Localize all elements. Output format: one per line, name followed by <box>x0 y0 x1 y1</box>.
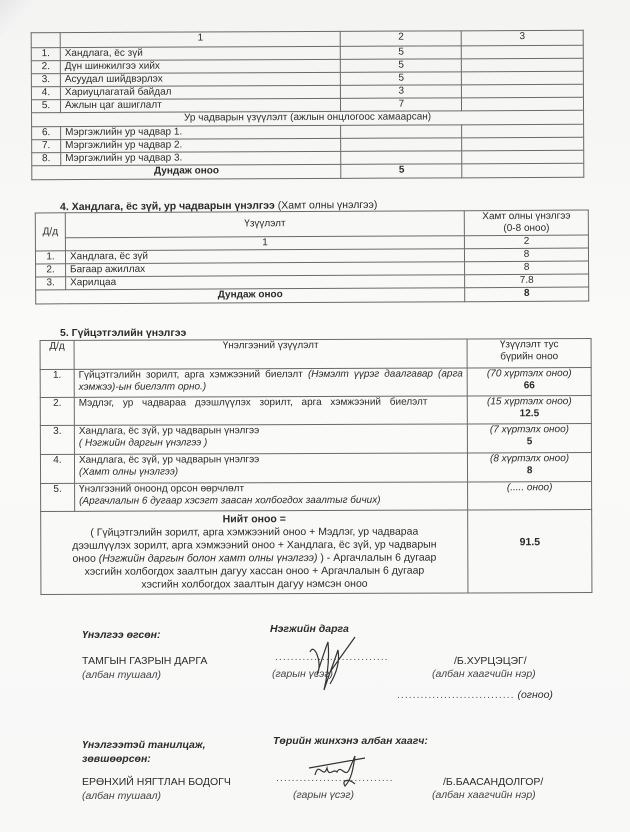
row-text: Мэдлэг, ур чадвараа дээшлүүлэх зорилт, а… <box>74 396 467 425</box>
row-label: Асуудал шийдвэрлэх <box>60 72 341 86</box>
row-max: (7 хүртэлх оноо) <box>472 424 587 436</box>
total-formula-italic: (Нэгжийн даргын болон хамт олны үнэлгээ) <box>99 552 318 565</box>
col-score-header: Үзүүлэлт тус бүрийн оноо <box>467 339 591 368</box>
average-label: Дундаж оноо <box>32 164 342 179</box>
row-score <box>341 138 462 152</box>
row-text: Хандлага, ёс зүй, ур чадварын үнэлгээ( Н… <box>74 424 467 454</box>
row-col3 <box>462 58 584 72</box>
row-num: 6. <box>32 127 61 140</box>
row-max: (15 хүртэлх оноо) <box>472 396 587 408</box>
row-max: (8 хүртэлх оноо) <box>472 453 587 465</box>
total-formula-cell: Нийт оноо = ( Гүйцэтгэлийн зорилт, арга … <box>41 510 468 594</box>
table-row: 3. Хандлага, ёс зүй, ур чадварын үнэлгээ… <box>40 424 591 455</box>
col-score-header: Хамт олны үнэлгээ (0-8 оноо) <box>464 210 588 236</box>
row-text: Гүйцэтгэлийн зорилт, арга хэмжээний биел… <box>74 368 467 397</box>
employee-heading-line1: Үнэлгээтэй танилцаж, <box>82 739 206 751</box>
header-cell: 2 <box>341 31 462 47</box>
row-score-cell: (15 хүртэлх оноо)12.5 <box>467 396 591 424</box>
evaluator-date-field: .............................. (огноо) <box>397 689 553 701</box>
row-label: Мэргэжлийн ур чадвар 2. <box>61 138 342 152</box>
row-num: 2. <box>36 264 66 277</box>
evaluator-heading: Үнэлгээ өгсөн: <box>82 629 160 641</box>
row-score: 3 <box>341 85 462 99</box>
row-num: 5. <box>41 483 75 511</box>
row-score <box>341 125 462 139</box>
employee-position-caption: (албан тушаал) <box>82 790 161 802</box>
row-score: 8 <box>465 248 589 262</box>
row-label: Хандлага, ёс зүй <box>60 46 341 60</box>
evaluator-signature-icon <box>300 632 360 692</box>
table-row: 1. Гүйцэтгэлийн зорилт, арга хэмжээний б… <box>40 368 591 398</box>
section5-title: 5. Гүйцэтгэлийн үнэлгээ <box>60 327 186 339</box>
row-label: Мэргэжлийн ур чадвар 3. <box>61 151 342 165</box>
row-score-cell: (..... оноо) <box>468 482 592 510</box>
evaluator-name-caption: (албан хаагчийн нэр) <box>432 668 536 680</box>
row-col3 <box>462 97 584 111</box>
row-score: 5 <box>472 436 587 448</box>
row-score: 5 <box>341 59 462 73</box>
row-label: Мэргэжлийн ур чадвар 1. <box>61 125 342 139</box>
total-label: Нийт оноо = <box>71 513 437 527</box>
row-num: 4. <box>40 454 74 483</box>
average-label: Дундаж оноо <box>36 288 465 304</box>
row-score-cell: (8 хүртэлх оноо)8 <box>468 453 592 482</box>
row-num: 3. <box>36 277 66 290</box>
row-text: Хандлага, ёс зүй, ур чадварын үнэлгээ(Ха… <box>74 453 467 483</box>
row-num: 7. <box>32 140 61 153</box>
col-score-header-line1: Үзүүлэлт тус <box>472 339 587 351</box>
col-indicator-header: Үзүүлэлт <box>65 211 464 238</box>
average-value: 5 <box>341 164 462 179</box>
row-score: 5 <box>341 72 462 86</box>
row-col3 <box>462 150 584 164</box>
index-score: 2 <box>465 235 589 249</box>
row-col3 <box>462 124 584 138</box>
col-score-header-line1: Хамт олны үнэлгээ <box>469 211 584 224</box>
row-col3 <box>462 84 584 98</box>
team-evaluation-table: Д/д Үзүүлэлт Хамт олны үнэлгээ (0-8 оноо… <box>35 210 589 305</box>
col-num-header: Д/д <box>40 340 74 369</box>
row-max: (..... оноо) <box>472 482 587 494</box>
row-num: 1. <box>31 48 60 61</box>
employee-signature-icon <box>305 750 375 790</box>
evaluator-position: ТАМГЫН ГАЗРЫН ДАРГА <box>82 655 207 667</box>
col-num-header: Д/д <box>35 213 65 251</box>
table-row: 5. Үнэлгээний оноонд орсон өөрчлөлт(Арга… <box>41 482 592 512</box>
row-note: (Аргачлалын 6 дугаар хэсэгт заасан холбо… <box>79 494 463 507</box>
row-score <box>341 151 462 165</box>
row-num: 3. <box>40 425 74 454</box>
row-label: Дүн шинжилгээ хийх <box>60 59 341 73</box>
col-indicator-header: Үнэлгээний үзүүлэлт <box>74 339 467 369</box>
performance-table: Д/д Үнэлгээний үзүүлэлт Үзүүлэлт тус бүр… <box>40 338 593 595</box>
row-num: 1. <box>40 369 74 397</box>
row-score: 5 <box>341 46 462 60</box>
employee-name: /Б.БААСАНДОЛГОР/ <box>443 776 543 788</box>
row-num: 1. <box>35 251 65 264</box>
row-label: Хариуцлагатай байдал <box>60 85 341 99</box>
evaluator-name: /Б.ХУРЦЭЦЭГ/ <box>454 655 527 667</box>
row-num: 3. <box>31 74 60 87</box>
row-col3 <box>461 45 583 59</box>
row-score: 8 <box>472 465 587 477</box>
average-value: 8 <box>465 287 589 302</box>
row-col3 <box>462 137 584 151</box>
header-cell <box>31 33 60 48</box>
row-score-cell: (70 хүртэлх оноо)66 <box>467 368 591 396</box>
row-score: 12.5 <box>472 408 587 420</box>
row-score: 66 <box>472 380 587 392</box>
row-note: (Хамт олны үнэлгээ) <box>79 465 463 478</box>
total-row: Нийт оноо = ( Гүйцэтгэлийн зорилт, арга … <box>41 510 592 595</box>
row-num: 4. <box>31 87 60 100</box>
row-note: ( Нэгжийн даргын үнэлгээ ) <box>79 436 463 449</box>
header-cell: 3 <box>461 30 583 46</box>
row-score: 8 <box>465 261 589 275</box>
section4-title-normal: (Хамт олны үнэлгээ) <box>278 199 378 212</box>
row-score-cell: (7 хүртэлх оноо)5 <box>468 424 592 453</box>
row-num: 5. <box>31 100 60 113</box>
total-value: 91.5 <box>468 510 592 593</box>
col-score-header-line2: (0-8 оноо) <box>469 223 584 236</box>
table-row: 4. Хандлага, ёс зүй, ур чадварын үнэлгээ… <box>40 453 591 484</box>
employee-role-title: Төрийн жинхэнэ албан хаагч: <box>273 735 428 747</box>
employee-signature-caption: (гарын үсэг) <box>293 789 354 801</box>
employee-name-caption: (албан хаагчийн нэр) <box>432 789 536 801</box>
average-col3 <box>462 163 584 178</box>
table-row: 2. Мэдлэг, ур чадвараа дээшлүүлэх зорилт… <box>40 396 591 426</box>
employee-heading-line2: зөвшөөрсөн: <box>82 753 151 765</box>
evaluator-position-caption: (албан тушаал) <box>82 669 161 681</box>
col-score-header-line2: бүрийн оноо <box>472 351 587 363</box>
evaluator-date-caption: (огноо) <box>517 689 552 701</box>
row-max: (70 хүртэлх оноо) <box>472 368 587 380</box>
row-score: 7.8 <box>465 274 589 288</box>
competency-table: 1 2 3 1.Хандлага, ёс зүй5 2.Дүн шинжилгэ… <box>31 30 585 180</box>
row-num: 2. <box>31 61 60 74</box>
header-cell: 1 <box>60 31 341 47</box>
row-num: 8. <box>32 153 61 166</box>
row-score: 7 <box>341 98 462 112</box>
row-col3 <box>462 71 584 85</box>
employee-position: ЕРӨНХИЙ НЯГТЛАН БОДОГЧ <box>82 776 231 788</box>
row-text: Үнэлгээний оноонд орсон өөрчлөлт(Аргачла… <box>75 482 468 511</box>
row-num: 2. <box>40 397 74 425</box>
row-main-text: Гүйцэтгэлийн зорилт, арга хэмжээний биел… <box>79 369 303 381</box>
row-label: Ажлын цаг ашиглалт <box>60 98 341 112</box>
row-main-text: Мэдлэг, ур чадвараа дээшлүүлэх зорилт, а… <box>79 397 428 409</box>
document-page: 1 2 3 1.Хандлага, ёс зүй5 2.Дүн шинжилгэ… <box>0 0 630 832</box>
